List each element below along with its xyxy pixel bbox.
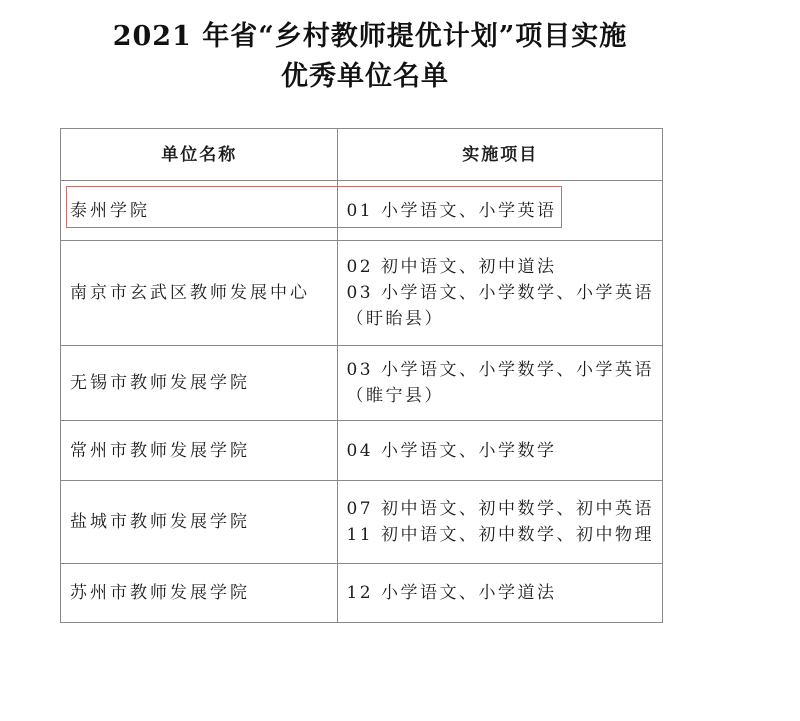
unit-name: 南京市玄武区教师发展中心 (61, 241, 338, 346)
project-line: （睢宁县） (346, 383, 654, 409)
project-cell: 01 小学语文、小学英语 (338, 181, 663, 241)
document-title-line1: 2021 年省“乡村教师提优计划”项目实施 (0, 14, 770, 53)
project-cell: 02 初中语文、初中道法 03 小学语文、小学数学、小学英语 （盱眙县） (338, 241, 663, 346)
table-row: 苏州市教师发展学院 12 小学语文、小学道法 (61, 564, 663, 623)
table-header-row: 单位名称 实施项目 (61, 129, 663, 181)
project-cell: 07 初中语文、初中数学、初中英语 11 初中语文、初中数学、初中物理 (338, 481, 663, 564)
unit-name: 无锡市教师发展学院 (61, 346, 338, 421)
table-row: 盐城市教师发展学院 07 初中语文、初中数学、初中英语 11 初中语文、初中数学… (61, 481, 663, 564)
unit-name: 常州市教师发展学院 (61, 421, 338, 481)
document-title-line2: 优秀单位名单 (0, 54, 765, 93)
unit-name: 泰州学院 (61, 181, 338, 241)
project-line: 03 小学语文、小学数学、小学英语 (346, 357, 654, 383)
table-row: 无锡市教师发展学院 03 小学语文、小学数学、小学英语 （睢宁县） (61, 346, 663, 421)
project-line: 02 初中语文、初中道法 (346, 254, 654, 280)
project-cell: 12 小学语文、小学道法 (338, 564, 663, 623)
project-line: 07 初中语文、初中数学、初中英语 (346, 496, 654, 522)
table-row: 泰州学院 01 小学语文、小学英语 (61, 181, 663, 241)
table-row: 南京市玄武区教师发展中心 02 初中语文、初中道法 03 小学语文、小学数学、小… (61, 241, 663, 346)
project-line: 12 小学语文、小学道法 (346, 580, 654, 606)
project-line: 11 初中语文、初中数学、初中物理 (346, 522, 654, 548)
unit-name: 盐城市教师发展学院 (61, 481, 338, 564)
project-cell: 04 小学语文、小学数学 (338, 421, 663, 481)
project-line: 03 小学语文、小学数学、小学英语 (346, 280, 654, 306)
units-table: 单位名称 实施项目 泰州学院 01 小学语文、小学英语 南京市玄武区教师发展中心… (60, 128, 663, 623)
header-project: 实施项目 (338, 129, 663, 181)
unit-name: 苏州市教师发展学院 (61, 564, 338, 623)
project-line: 01 小学语文、小学英语 (346, 198, 654, 224)
project-line: 04 小学语文、小学数学 (346, 438, 654, 464)
header-unit-name: 单位名称 (61, 129, 338, 181)
table-row: 常州市教师发展学院 04 小学语文、小学数学 (61, 421, 663, 481)
project-line: （盱眙县） (346, 306, 654, 332)
project-cell: 03 小学语文、小学数学、小学英语 （睢宁县） (338, 346, 663, 421)
